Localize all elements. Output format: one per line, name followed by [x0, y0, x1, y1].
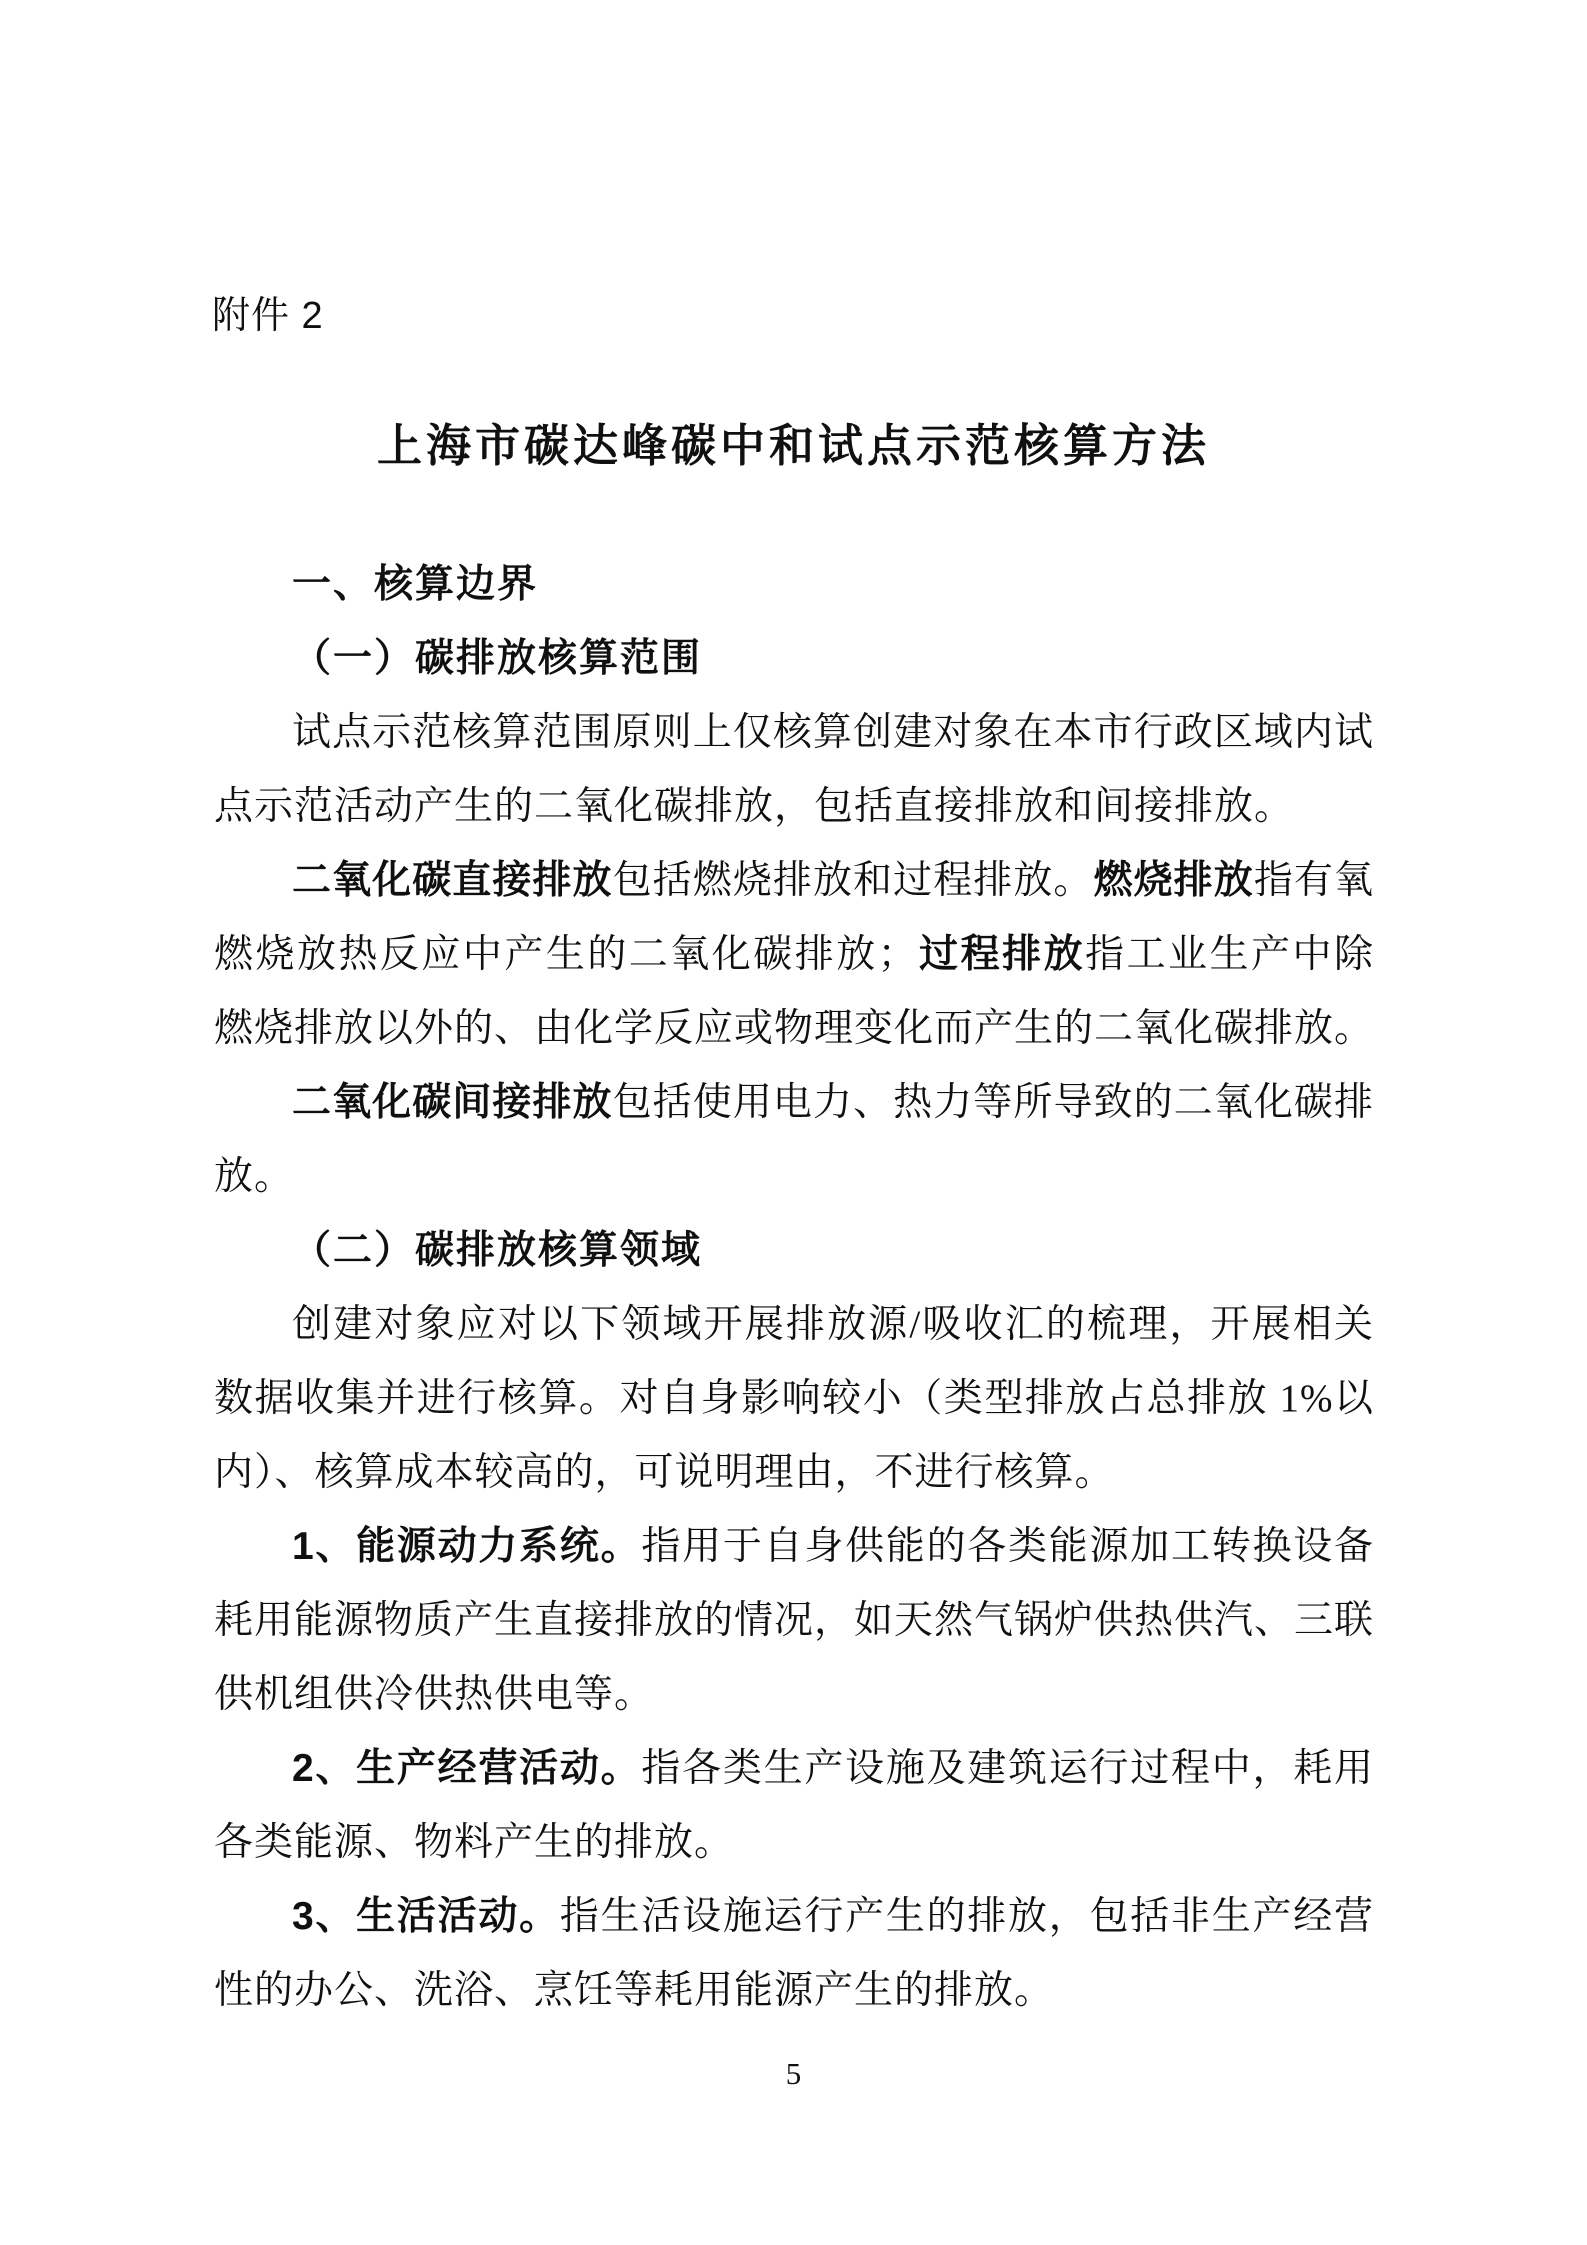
paragraph: 二氧化碳直接排放包括燃烧排放和过程排放。燃烧排放指有氧燃烧放热反应中产生的二氧化…: [214, 844, 1374, 1066]
bold-term: 二氧化碳直接排放: [292, 859, 613, 902]
document-body: 一、核算边界（一）碳排放核算范围试点示范核算范围原则上仅核算创建对象在本市行政区…: [214, 548, 1374, 2028]
text-run: 包括燃烧排放和过程排放。: [613, 859, 1094, 902]
paragraph: 试点示范核算范围原则上仅核算创建对象在本市行政区域内试点示范活动产生的二氧化碳排…: [214, 696, 1374, 844]
text-run: 试点示范核算范围原则上仅核算创建对象在本市行政区域内试点示范活动产生的二氧化碳排…: [214, 711, 1374, 828]
page-title: 上海市碳达峰碳中和试点示范核算方法: [0, 419, 1587, 473]
bold-term: 3、生活活动。: [292, 1895, 560, 1938]
bold-term: 二氧化碳间接排放: [292, 1081, 613, 1124]
attachment-label: 附件 2: [212, 293, 324, 339]
paragraph: 2、生产经营活动。指各类生产设施及建筑运行过程中，耗用各类能源、物料产生的排放。: [214, 1732, 1374, 1880]
subsection-heading: （一）碳排放核算范围: [214, 622, 1374, 696]
page-number: 5: [0, 2054, 1587, 2094]
subsection-heading: （二）碳排放核算领域: [214, 1214, 1374, 1288]
section-heading: 一、核算边界: [214, 548, 1374, 622]
paragraph: 1、能源动力系统。指用于自身供能的各类能源加工转换设备耗用能源物质产生直接排放的…: [214, 1510, 1374, 1732]
paragraph: 创建对象应对以下领域开展排放源/吸收汇的梳理，开展相关数据收集并进行核算。对自身…: [214, 1288, 1374, 1510]
paragraph: 二氧化碳间接排放包括使用电力、热力等所导致的二氧化碳排放。: [214, 1066, 1374, 1214]
paragraph: 3、生活活动。指生活设施运行产生的排放，包括非生产经营性的办公、洗浴、烹饪等耗用…: [214, 1880, 1374, 2028]
document-page: 附件 2 上海市碳达峰碳中和试点示范核算方法 一、核算边界（一）碳排放核算范围试…: [0, 0, 1587, 2245]
bold-term: 过程排放: [918, 933, 1085, 976]
bold-term: 燃烧排放: [1094, 859, 1254, 902]
bold-term: 1、能源动力系统。: [292, 1525, 641, 1568]
bold-term: 2、生产经营活动。: [292, 1747, 641, 1790]
text-run: 创建对象应对以下领域开展排放源/吸收汇的梳理，开展相关数据收集并进行核算。对自身…: [214, 1303, 1374, 1494]
